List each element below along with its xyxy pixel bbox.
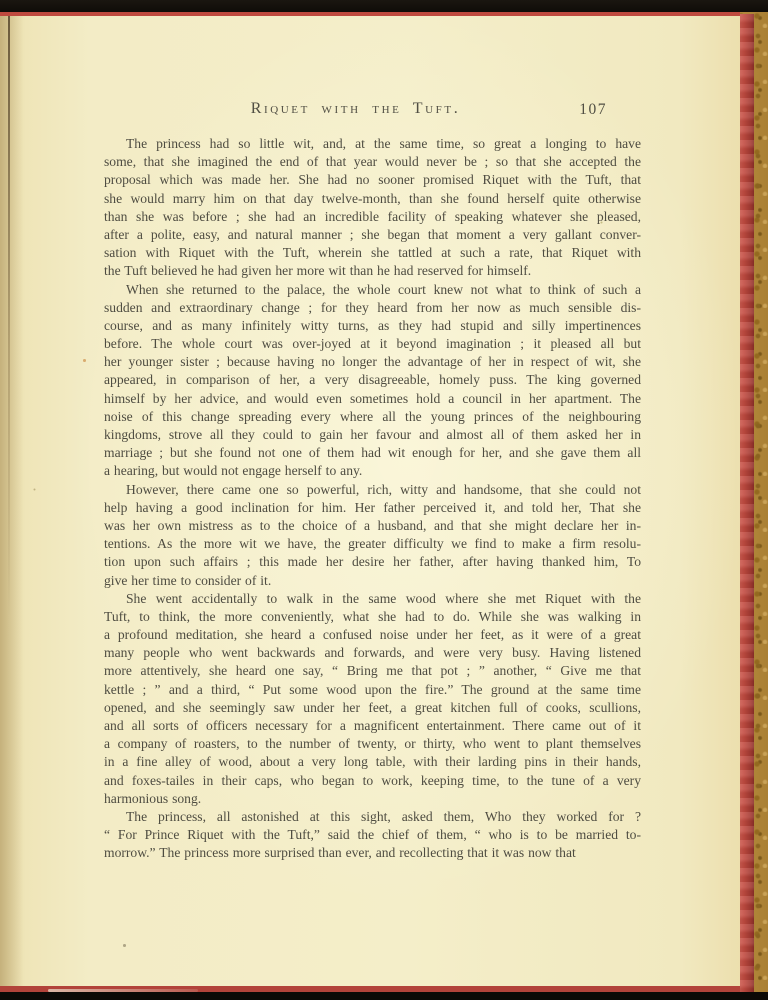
text-line: The princess had so little wit, and, at … xyxy=(104,135,641,153)
text-line: kettle ; ” and a third, “ Put some wood … xyxy=(104,681,641,699)
text-line: a company of roasters, to the number of … xyxy=(104,735,641,753)
text-line: When she returned to the palace, the who… xyxy=(104,281,641,299)
text-line: morrow.” The princess more surprised tha… xyxy=(104,844,641,862)
text-line: a hearing, but would not engage herself … xyxy=(104,462,641,480)
text-line: She went accidentally to walk in the sam… xyxy=(104,590,641,608)
text-line: noise of this change spreading every whe… xyxy=(104,408,641,426)
text-line: The princess, all astonished at this sig… xyxy=(104,808,641,826)
text-line: before. The whole court was over-joyed a… xyxy=(104,335,641,353)
text-line: give her time to consider of it. xyxy=(104,572,641,590)
text-line: the Tuft believed he had given her more … xyxy=(104,262,641,280)
text-line: “ For Prince Riquet with the Tuft,” said… xyxy=(104,826,641,844)
page-number: 107 xyxy=(579,101,607,119)
text-line: harmonious song. xyxy=(104,790,641,808)
text-line: marriage ; but she found not one of them… xyxy=(104,444,641,462)
scan-edge-top xyxy=(0,0,768,12)
text-line: her younger sister ; because having no l… xyxy=(104,353,641,371)
paragraph: The princess had so little wit, and, at … xyxy=(104,135,641,281)
text-line: course, and as many infinitely witty tur… xyxy=(104,317,641,335)
paragraph: When she returned to the palace, the who… xyxy=(104,281,641,481)
dust-specks xyxy=(0,16,1,17)
text-line: sation with Riquet with the Tuft, wherei… xyxy=(104,244,641,262)
text-line: appeared, in comparison of her, a very d… xyxy=(104,371,641,389)
text-line: However, there came one so powerful, ric… xyxy=(104,481,641,499)
text-line: sudden and extraordinary change ; for th… xyxy=(104,299,641,317)
paragraph: However, there came one so powerful, ric… xyxy=(104,481,641,590)
running-head: Riquet with the Tuft. 107 xyxy=(104,100,641,122)
text-line: opened, and she seemingly saw under her … xyxy=(104,699,641,717)
text-line: more attentively, she heard one say, “ B… xyxy=(104,662,641,680)
text-line: in a fine alley of wood, about a very lo… xyxy=(104,753,641,771)
text-line: many people who went backwards and forwa… xyxy=(104,644,641,662)
text-line: she would marry him on that day twelve-m… xyxy=(104,190,641,208)
text-line: himself by her advice, and would even so… xyxy=(104,390,641,408)
text-line: Tuft, to think, the more conveniently, w… xyxy=(104,608,641,626)
text-line: a profound meditation, she heard a confu… xyxy=(104,626,641,644)
page-title: Riquet with the Tuft. xyxy=(104,100,607,118)
text-line: kingdoms, strove all they could to gain … xyxy=(104,426,641,444)
text-line: was her own mistress as to the choice of… xyxy=(104,517,641,535)
scan-edge-bottom xyxy=(0,992,768,1000)
text-line: tion upon such affairs ; this made her d… xyxy=(104,553,641,571)
text-line: than she was before ; she had an incredi… xyxy=(104,208,641,226)
gutter-shadow xyxy=(0,16,26,986)
paragraph: She went accidentally to walk in the sam… xyxy=(104,590,641,808)
text-line: some, that she imagined the end of that … xyxy=(104,153,641,171)
text-line: and foxes-tailes in their caps, who bega… xyxy=(104,772,641,790)
paragraph: The princess, all astonished at this sig… xyxy=(104,808,641,863)
book-scan: Riquet with the Tuft. 107 The princess h… xyxy=(0,0,768,1000)
text-line: and all sorts of officers necessary for … xyxy=(104,717,641,735)
text-block: The princess had so little wit, and, at … xyxy=(104,135,641,863)
text-line: proposal which was made her. She had no … xyxy=(104,171,641,189)
text-line: tentions. As the more wit we have, the g… xyxy=(104,535,641,553)
text-line: after a polite, easy, and natural manner… xyxy=(104,226,641,244)
text-line: help having a good inclination for him. … xyxy=(104,499,641,517)
gutter-line xyxy=(8,16,10,617)
